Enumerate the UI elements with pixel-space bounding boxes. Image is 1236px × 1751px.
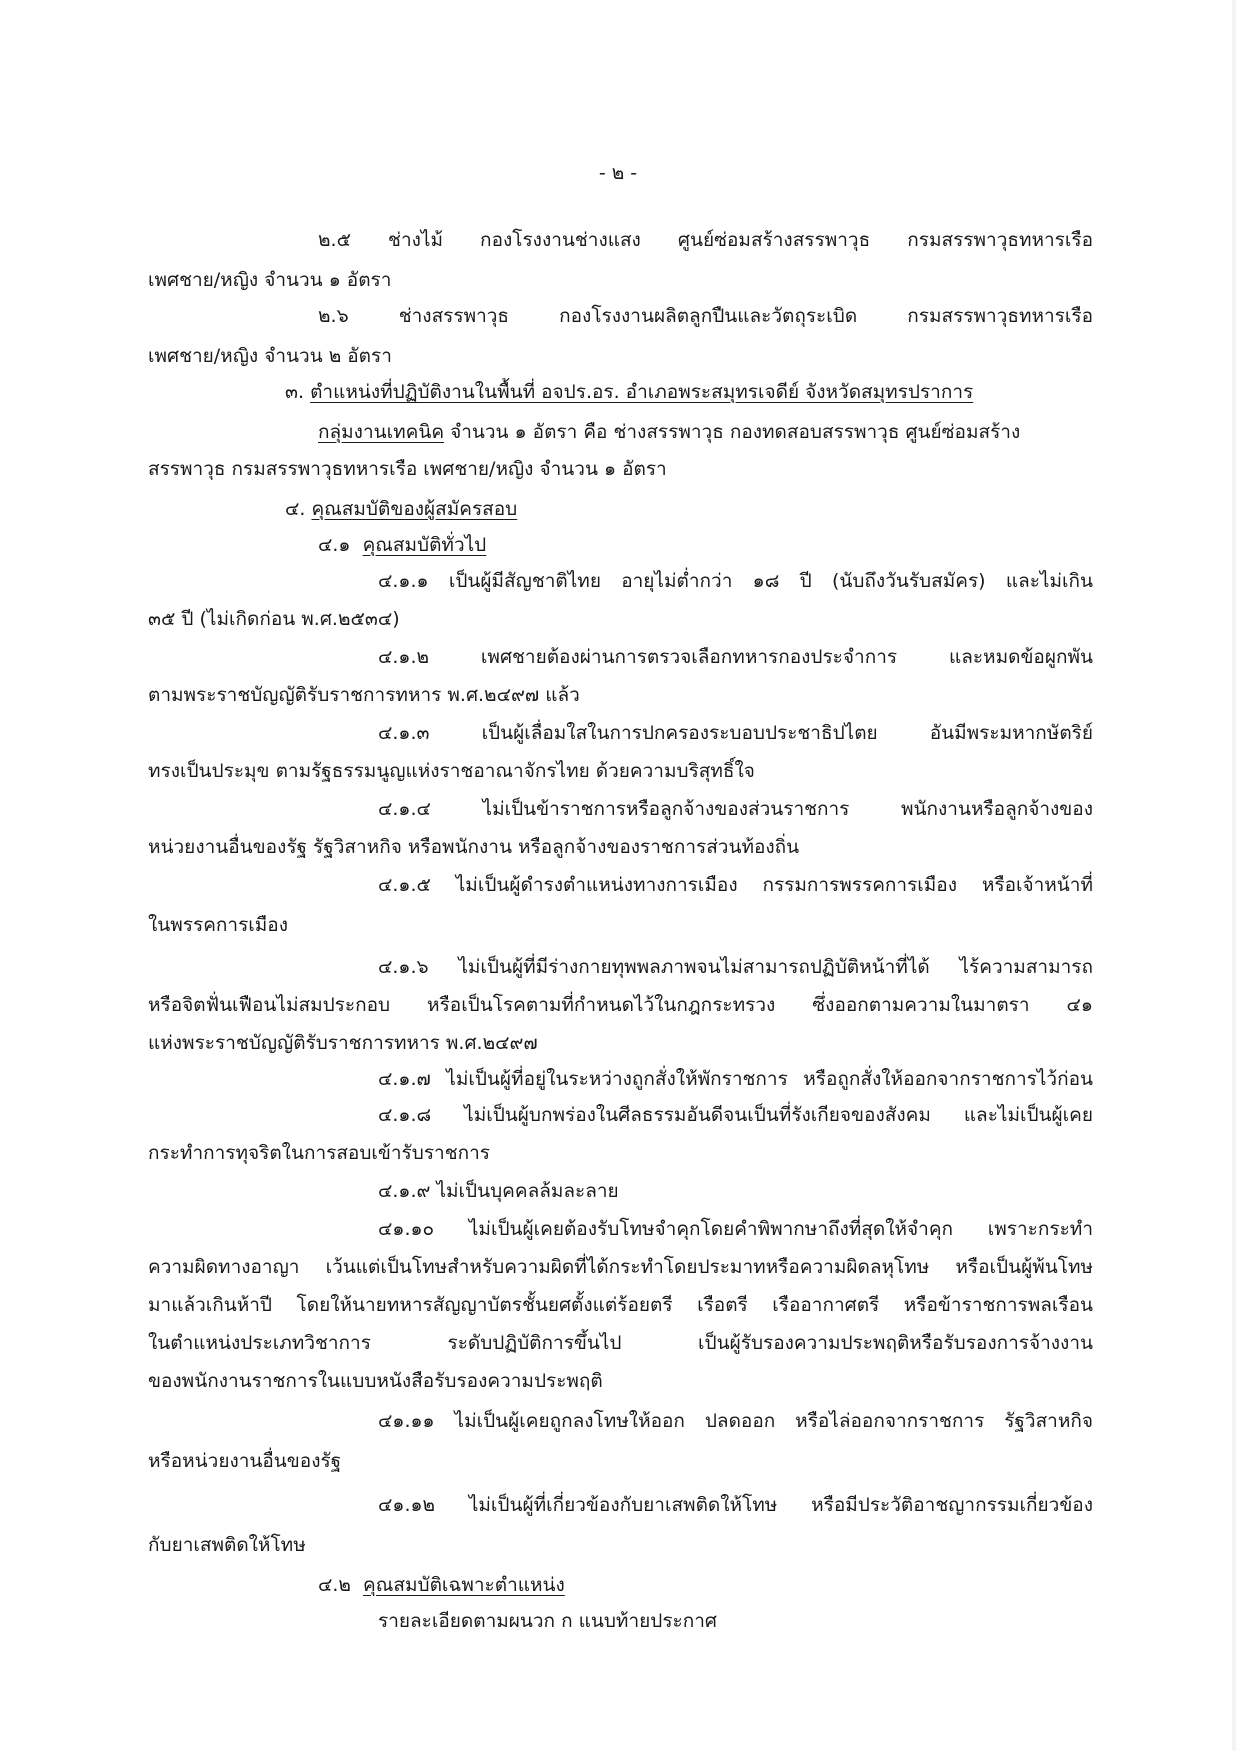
- item-4-1-3: ๔.๑.๓ เป็นผู้เลื่อมใสในการปกครองระบอบประ…: [378, 720, 1093, 746]
- item-2-6: ๒.๖ ช่างสรรพาวุธ กองโรงงานผลิตลูกปืนและว…: [318, 303, 1093, 329]
- section-4-2-number: ๔.๒: [318, 1574, 351, 1596]
- item-4-1-8-cont: กระทำการทุจริตในการสอบเข้ารับราชการ: [148, 1140, 490, 1166]
- item-4-1-2: ๔.๑.๒ เพศชายต้องผ่านการตรวจเลือกทหารกองป…: [378, 644, 1093, 670]
- item-4-1-6: ๔.๑.๖ ไม่เป็นผู้ที่มีร่างกายทุพพลภาพจนไม…: [378, 954, 1093, 980]
- section-4-2-title: คุณสมบัติเฉพาะตำแหน่ง: [363, 1574, 565, 1596]
- item-4-1-10-cont3: ในตำแหน่งประเภทวิชาการ ระดับปฏิบัติการขึ…: [148, 1330, 1093, 1356]
- section-3-number: ๓.: [285, 381, 304, 403]
- section-4-1-title: คุณสมบัติทั่วไป: [363, 534, 487, 556]
- section-3-detail: กลุ่มงานเทคนิค จำนวน ๑ อัตรา คือ ช่างสรร…: [318, 419, 1093, 445]
- item-4-1-11: ๔๑.๑๑ ไม่เป็นผู้เคยถูกลงโทษให้ออก ปลดออก…: [378, 1408, 1093, 1434]
- item-4-1-10-cont4: ของพนักงานราชการในแบบหนังสือรับรองความปร…: [148, 1368, 603, 1394]
- item-4-1-5-cont: ในพรรคการเมือง: [148, 912, 288, 938]
- item-4-1-10: ๔๑.๑๐ ไม่เป็นผู้เคยต้องรับโทษจำคุกโดยคำพ…: [378, 1216, 1093, 1242]
- item-4-1-6-cont1: หรือจิตฟั่นเฟือนไม่สมประกอบ หรือเป็นโรคต…: [148, 992, 1093, 1018]
- item-4-1-12-cont: กับยาเสพติดให้โทษ: [148, 1532, 306, 1558]
- item-4-1-10-cont1: ความผิดทางอาญา เว้นแต่เป็นโทษสำหรับความผ…: [148, 1254, 1093, 1280]
- section-3-heading: ๓. ตำแหน่งที่ปฏิบัติงานในพื้นที่ อจปร.อร…: [285, 379, 973, 405]
- technical-group-label: กลุ่มงานเทคนิค: [318, 421, 444, 443]
- section-4-2-detail: รายละเอียดตามผนวก ก แนบท้ายประกาศ: [378, 1608, 717, 1634]
- item-4-1-12: ๔๑.๑๒ ไม่เป็นผู้ที่เกี่ยวข้องกับยาเสพติด…: [378, 1492, 1093, 1518]
- item-4-1-11-cont: หรือหน่วยงานอื่นของรัฐ: [148, 1448, 341, 1474]
- section-4-heading: ๔. คุณสมบัติของผู้สมัครสอบ: [285, 496, 517, 522]
- item-4-1-4: ๔.๑.๔ ไม่เป็นข้าราชการหรือลูกจ้างของส่วน…: [378, 796, 1093, 822]
- item-4-1-1: ๔.๑.๑ เป็นผู้มีสัญชาติไทย อายุไม่ต่ำกว่า…: [378, 568, 1093, 594]
- section-3-cont: สรรพาวุธ กรมสรรพาวุธทหารเรือ เพศชาย/หญิง…: [148, 456, 667, 482]
- scan-edge: [1232, 0, 1236, 1751]
- item-4-1-8: ๔.๑.๘ ไม่เป็นผู้บกพร่องในศีลธรรมอันดีจนเ…: [378, 1102, 1093, 1128]
- item-4-1-3-cont: ทรงเป็นประมุข ตามรัฐธรรมนูญแห่งราชอาณาจั…: [148, 758, 755, 784]
- item-2-6-cont: เพศชาย/หญิง จำนวน ๒ อัตรา: [148, 343, 392, 369]
- item-4-1-10-cont2: มาแล้วเกินห้าปี โดยให้นายทหารสัญญาบัตรชั…: [148, 1292, 1093, 1318]
- section-3-title: ตำแหน่งที่ปฏิบัติงานในพื้นที่ อจปร.อร. อ…: [310, 381, 973, 403]
- section-4-number: ๔.: [285, 498, 305, 520]
- item-2-5: ๒.๕ ช่างไม้ กองโรงงานช่างแสง ศูนย์ซ่อมสร…: [318, 227, 1093, 253]
- item-4-1-4-cont: หน่วยงานอื่นของรัฐ รัฐวิสาหกิจ หรือพนักง…: [148, 834, 799, 860]
- section-4-title: คุณสมบัติของผู้สมัครสอบ: [311, 498, 517, 520]
- section-3-detail-text: จำนวน ๑ อัตรา คือ ช่างสรรพาวุธ กองทดสอบส…: [444, 421, 1020, 443]
- document-page: - ๒ - ๒.๕ ช่างไม้ กองโรงงานช่างแสง ศูนย์…: [0, 0, 1236, 1751]
- item-4-1-5: ๔.๑.๕ ไม่เป็นผู้ดำรงตำแหน่งทางการเมือง ก…: [378, 872, 1093, 898]
- item-4-1-7: ๔.๑.๗ ไม่เป็นผู้ที่อยู่ในระหว่างถูกสั่งใ…: [378, 1066, 1093, 1092]
- section-4-2-heading: ๔.๒ คุณสมบัติเฉพาะตำแหน่ง: [318, 1572, 565, 1598]
- item-4-1-6-cont2: แห่งพระราชบัญญัติรับราชการทหาร พ.ศ.๒๔๙๗: [148, 1030, 538, 1056]
- page-number: - ๒ -: [0, 158, 1236, 188]
- section-4-1-heading: ๔.๑ คุณสมบัติทั่วไป: [318, 532, 486, 558]
- item-4-1-9: ๔.๑.๙ ไม่เป็นบุคคลล้มละลาย: [378, 1178, 619, 1204]
- section-4-1-number: ๔.๑: [318, 534, 350, 556]
- item-2-5-cont: เพศชาย/หญิง จำนวน ๑ อัตรา: [148, 267, 391, 293]
- item-4-1-2-cont: ตามพระราชบัญญัติรับราชการทหาร พ.ศ.๒๔๙๗ แ…: [148, 682, 580, 708]
- item-4-1-1-cont: ๓๕ ปี (ไม่เกิดก่อน พ.ศ.๒๕๓๔): [148, 606, 400, 632]
